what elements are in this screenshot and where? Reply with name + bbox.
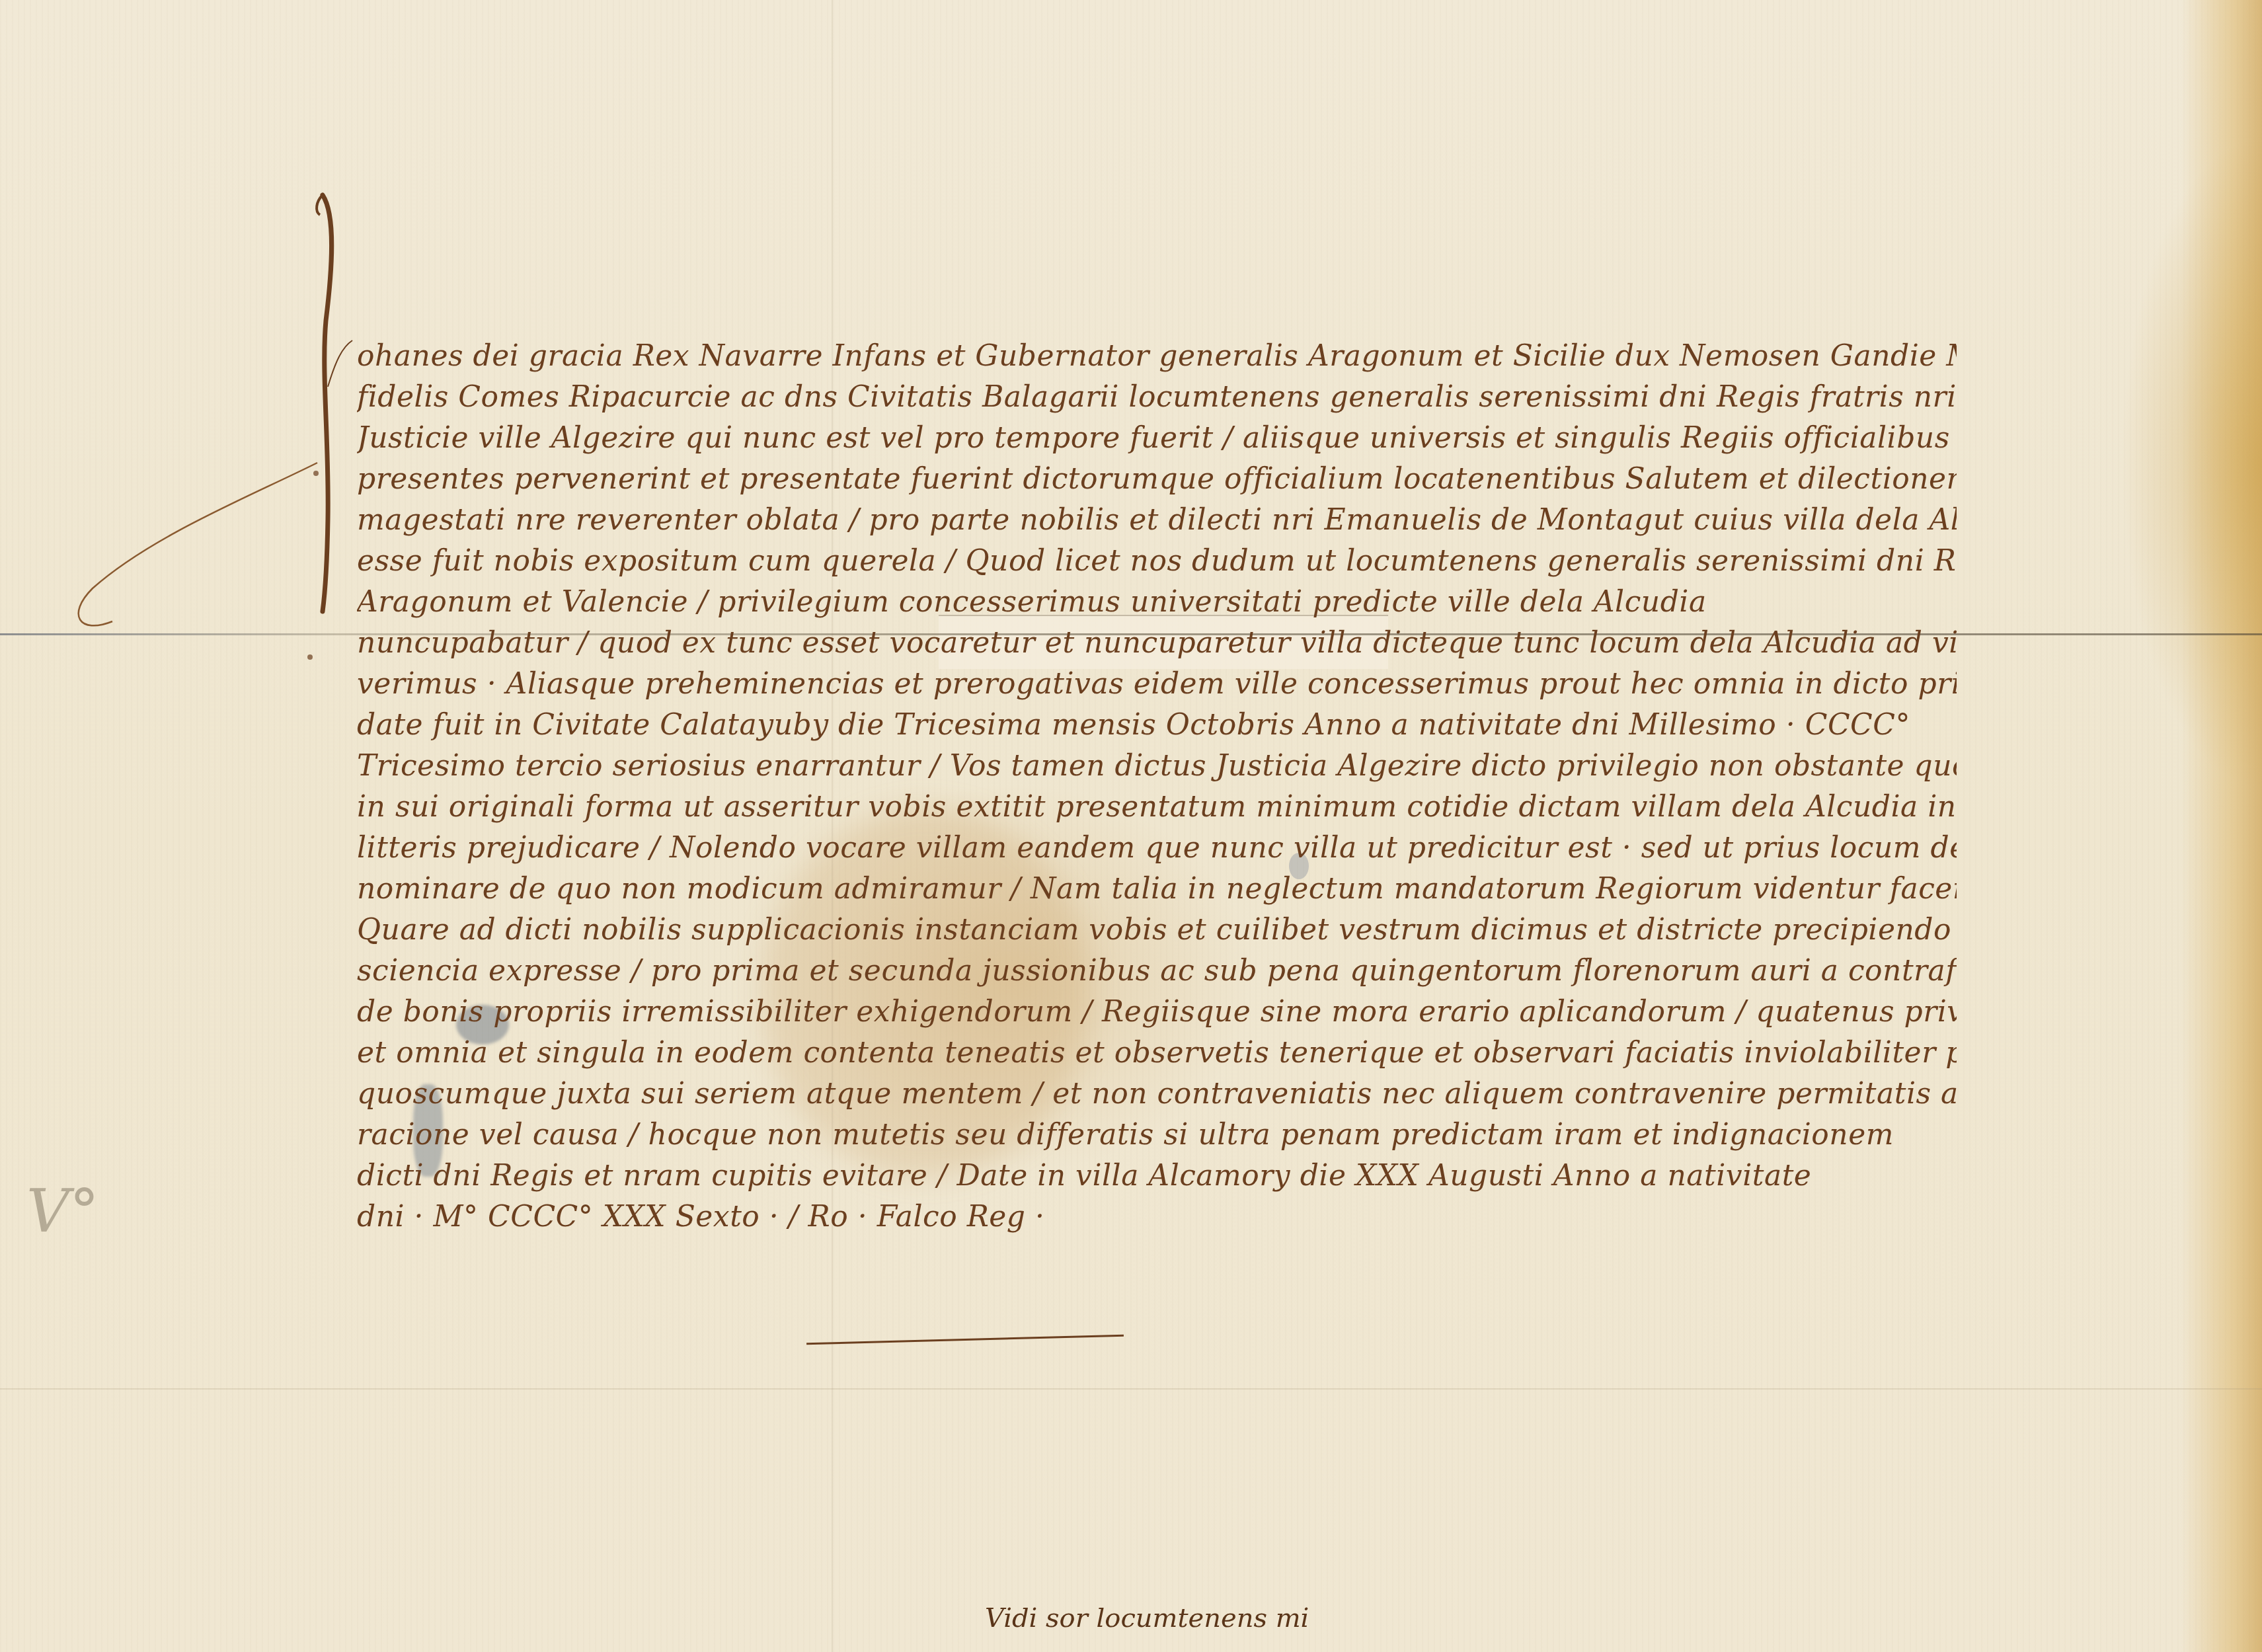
- text-line: nuncupabatur / quod ex tunc esset vocare…: [357, 623, 1957, 664]
- footer-annotation: Vidi sor locumtenens mi: [985, 1603, 1309, 1633]
- text-line: ohanes dei gracia Rex Navarre Infans et …: [357, 336, 1957, 377]
- text-line: et omnia et singula in eodem contenta te…: [357, 1033, 1957, 1074]
- margin-annotation: V°: [26, 1177, 99, 1246]
- text-line: verimus · Aliasque preheminencias et pre…: [357, 664, 1957, 705]
- text-line: Quare ad dicti nobilis supplicacionis in…: [357, 910, 1957, 951]
- text-line: Tricesimo tercio seriosius enarrantur / …: [357, 746, 1957, 787]
- text-line: litteris prejudicare / Nolendo vocare vi…: [357, 828, 1957, 869]
- text-line: presentes pervenerint et presentate fuer…: [357, 459, 1957, 500]
- letter-body: ohanes dei gracia Rex Navarre Infans et …: [357, 336, 1957, 1238]
- text-line: dni · M° CCCC° XXX Sexto · / Ro · Falco …: [357, 1197, 1957, 1238]
- text-line: Aragonum et Valencie / privilegium conce…: [357, 582, 1957, 623]
- text-line: nominare de quo non modicum admiramur / …: [357, 869, 1957, 910]
- text-line: in sui originali forma ut asseritur vobi…: [357, 787, 1957, 828]
- text-line: date fuit in Civitate Calatayuby die Tri…: [357, 705, 1957, 746]
- text-line: esse fuit nobis expositum cum querela / …: [357, 541, 1957, 582]
- text-line: dicti dni Regis et nram cupitis evitare …: [357, 1156, 1957, 1197]
- manuscript-sheet: ohanes dei gracia Rex Navarre Infans et …: [0, 0, 2262, 1652]
- text-line: racione vel causa / hocque non mutetis s…: [357, 1115, 1957, 1156]
- text-line: quoscumque juxta sui seriem atque mentem…: [357, 1074, 1957, 1115]
- margin-dot: [307, 654, 313, 660]
- text-line: sciencia expresse / pro prima et secunda…: [357, 951, 1957, 992]
- flourish-icon: [53, 456, 331, 641]
- text-line: fidelis Comes Ripacurcie ac dns Civitati…: [357, 377, 1957, 418]
- horizontal-fold-line: [0, 1388, 2262, 1390]
- signature-underline: [806, 1335, 1124, 1345]
- text-line: de bonis propriis irremissibiliter exhig…: [357, 992, 1957, 1033]
- text-line: magestati nre reverenter oblata / pro pa…: [357, 500, 1957, 541]
- text-line: Justicie ville Algezire qui nunc est vel…: [357, 418, 1957, 459]
- margin-dot: [313, 471, 319, 476]
